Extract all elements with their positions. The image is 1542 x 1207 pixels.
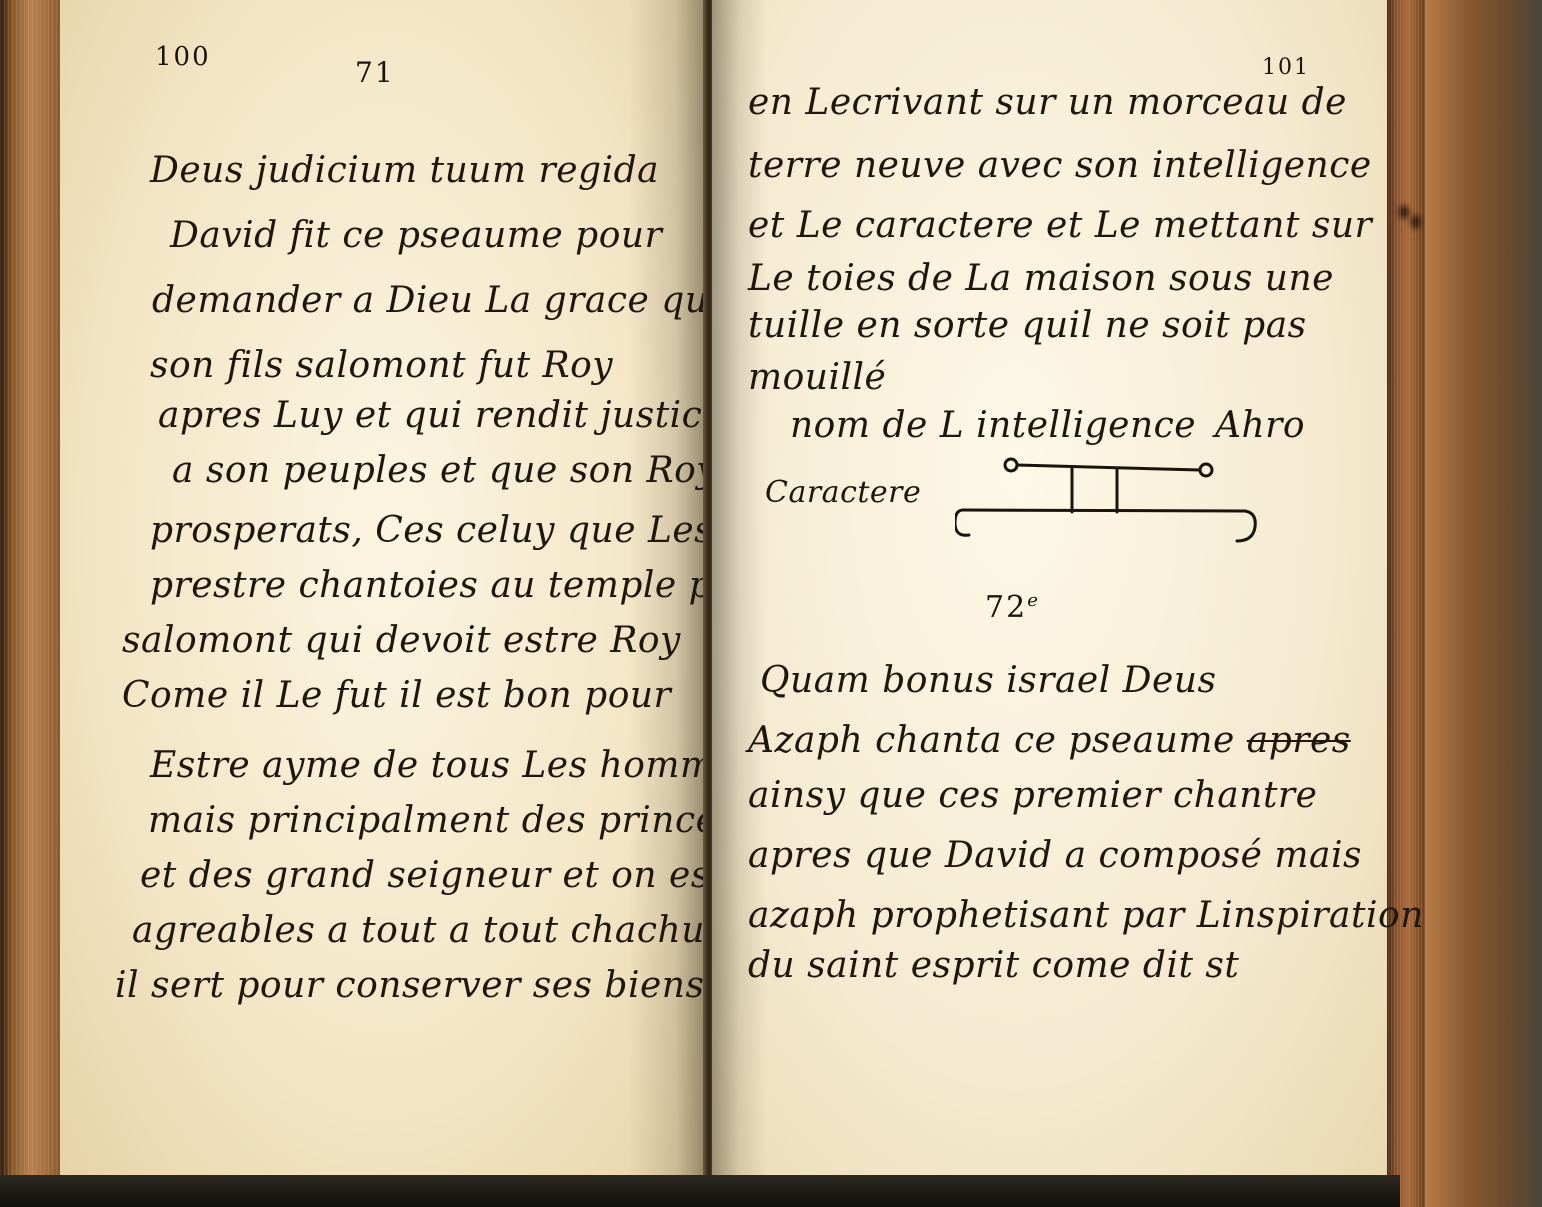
text-line: Come il Le fut il est bon pour: [122, 675, 671, 716]
text-line: Deus judicium tuum regida: [150, 150, 659, 191]
text-line-content: Azaph chanta ce pseaume: [748, 720, 1235, 761]
text-line: apres Luy et qui rendit justice: [158, 395, 724, 436]
text-line: du saint esprit come dit st: [748, 945, 1239, 986]
right-fore-edge: [1385, 0, 1425, 1207]
text-line: ainsy que ces premier chantre: [748, 775, 1317, 816]
folio-number-left: 100: [155, 42, 211, 72]
text-line: Quam bonus israel Deus: [760, 660, 1217, 701]
text-line: demander a Dieu La grace que: [152, 280, 730, 321]
text-line: apres que David a composé mais: [748, 835, 1362, 876]
left-fore-edge: [0, 0, 68, 1175]
section-number-value: 72: [985, 590, 1027, 625]
text-line: et des grand seigneur et on est: [140, 855, 725, 896]
text-line: son fils salomont fut Roy: [150, 345, 613, 386]
text-line: prosperats, Ces celuy que Les: [150, 510, 713, 551]
book-cover: [1425, 0, 1542, 1207]
text-line: tuille en sorte quil ne soit pas: [748, 305, 1307, 346]
text-line: Le toies de La maison sous une: [748, 258, 1334, 299]
text-line: salomont qui devoit estre Roy: [122, 620, 681, 661]
text-line: prestre chantoies au temple pour: [150, 565, 776, 606]
text-line: David fit ce pseaume pour: [170, 215, 662, 256]
intelligence-label: nom de L intelligence: [790, 405, 1196, 446]
sigil-character-icon: [955, 455, 1260, 545]
section-number-suffix: e: [1027, 590, 1040, 611]
folio-number-right: 101: [1262, 55, 1310, 80]
text-line: mouillé: [748, 357, 886, 398]
text-line: agreables a tout a tout chachun: [132, 910, 729, 951]
text-line: terre neuve avec son intelligence: [748, 145, 1372, 186]
section-number-71: 71: [355, 56, 395, 89]
text-line: en Lecrivant sur un morceau de: [748, 82, 1347, 123]
open-manuscript-book: 100 71 Deus judicium tuum regida David f…: [0, 0, 1542, 1207]
character-label: Caractere: [765, 475, 921, 510]
section-number-72: 72e: [985, 590, 1040, 625]
text-line: Azaph chanta ce pseaume apres: [748, 720, 1351, 761]
struck-through-word: apres: [1247, 720, 1351, 761]
text-line: et Le caractere et Le mettant sur: [748, 205, 1372, 246]
text-line: il sert pour conserver ses biens: [115, 965, 704, 1006]
table-surface: [0, 1175, 1400, 1207]
intelligence-name: Ahro: [1215, 405, 1305, 446]
text-line: mais principalment des prince: [148, 800, 717, 841]
text-line: azaph prophetisant par Linspiration: [748, 895, 1424, 936]
text-line: Estre ayme de tous Les hommes: [150, 745, 755, 786]
